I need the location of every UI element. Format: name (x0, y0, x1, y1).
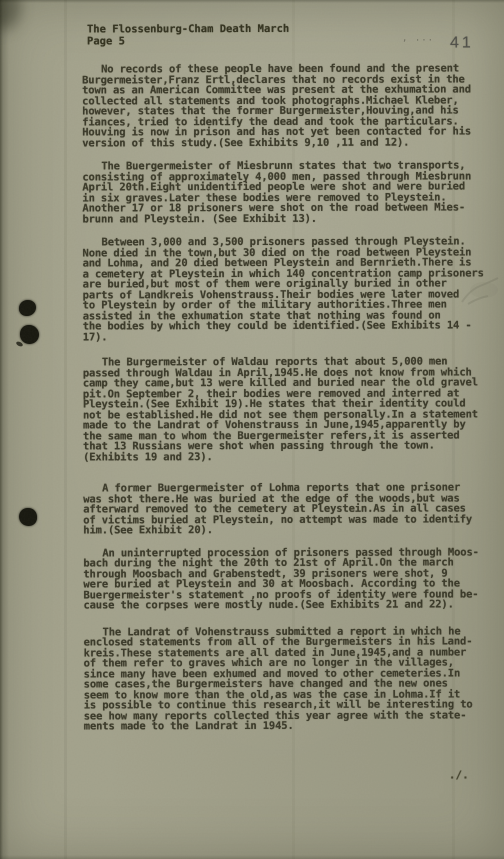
document-body: No records of these people have been fou… (82, 63, 498, 732)
body-paragraph: The Burgermeister of Waldau reports that… (83, 356, 497, 462)
body-paragraph: No records of these people have been fou… (82, 63, 496, 148)
body-paragraph: The Buergermeister of Miesbrunn states t… (82, 160, 496, 224)
page-number-stamp: 41 (450, 34, 474, 52)
body-paragraph: Between 3,000 and 3,500 prisoners passed… (82, 236, 496, 342)
document-header: The Flossenburg-Cham Death MarchPage 5 (87, 24, 289, 48)
typewritten-content: The Flossenburg-Cham Death MarchPage 5 ,… (0, 0, 504, 859)
faint-pencil-marks: , ... (402, 34, 434, 44)
scanned-document-page: The Flossenburg-Cham Death MarchPage 5 ,… (0, 0, 504, 859)
body-paragraph: A former Buergermeister of Lohma reports… (83, 482, 497, 536)
body-paragraph: The Landrat of Vohenstrauss submitted a … (84, 626, 498, 732)
document-title: The Flossenburg-Cham Death March (87, 23, 289, 36)
body-paragraph: An uninterrupted procession of prisoners… (83, 547, 497, 611)
hole-punch-mark (20, 325, 39, 344)
hole-punch-mark (19, 508, 37, 526)
continuation-mark: ./. (449, 768, 469, 781)
pencil-smudge (458, 272, 502, 312)
page-label: Page 5 (87, 35, 125, 47)
